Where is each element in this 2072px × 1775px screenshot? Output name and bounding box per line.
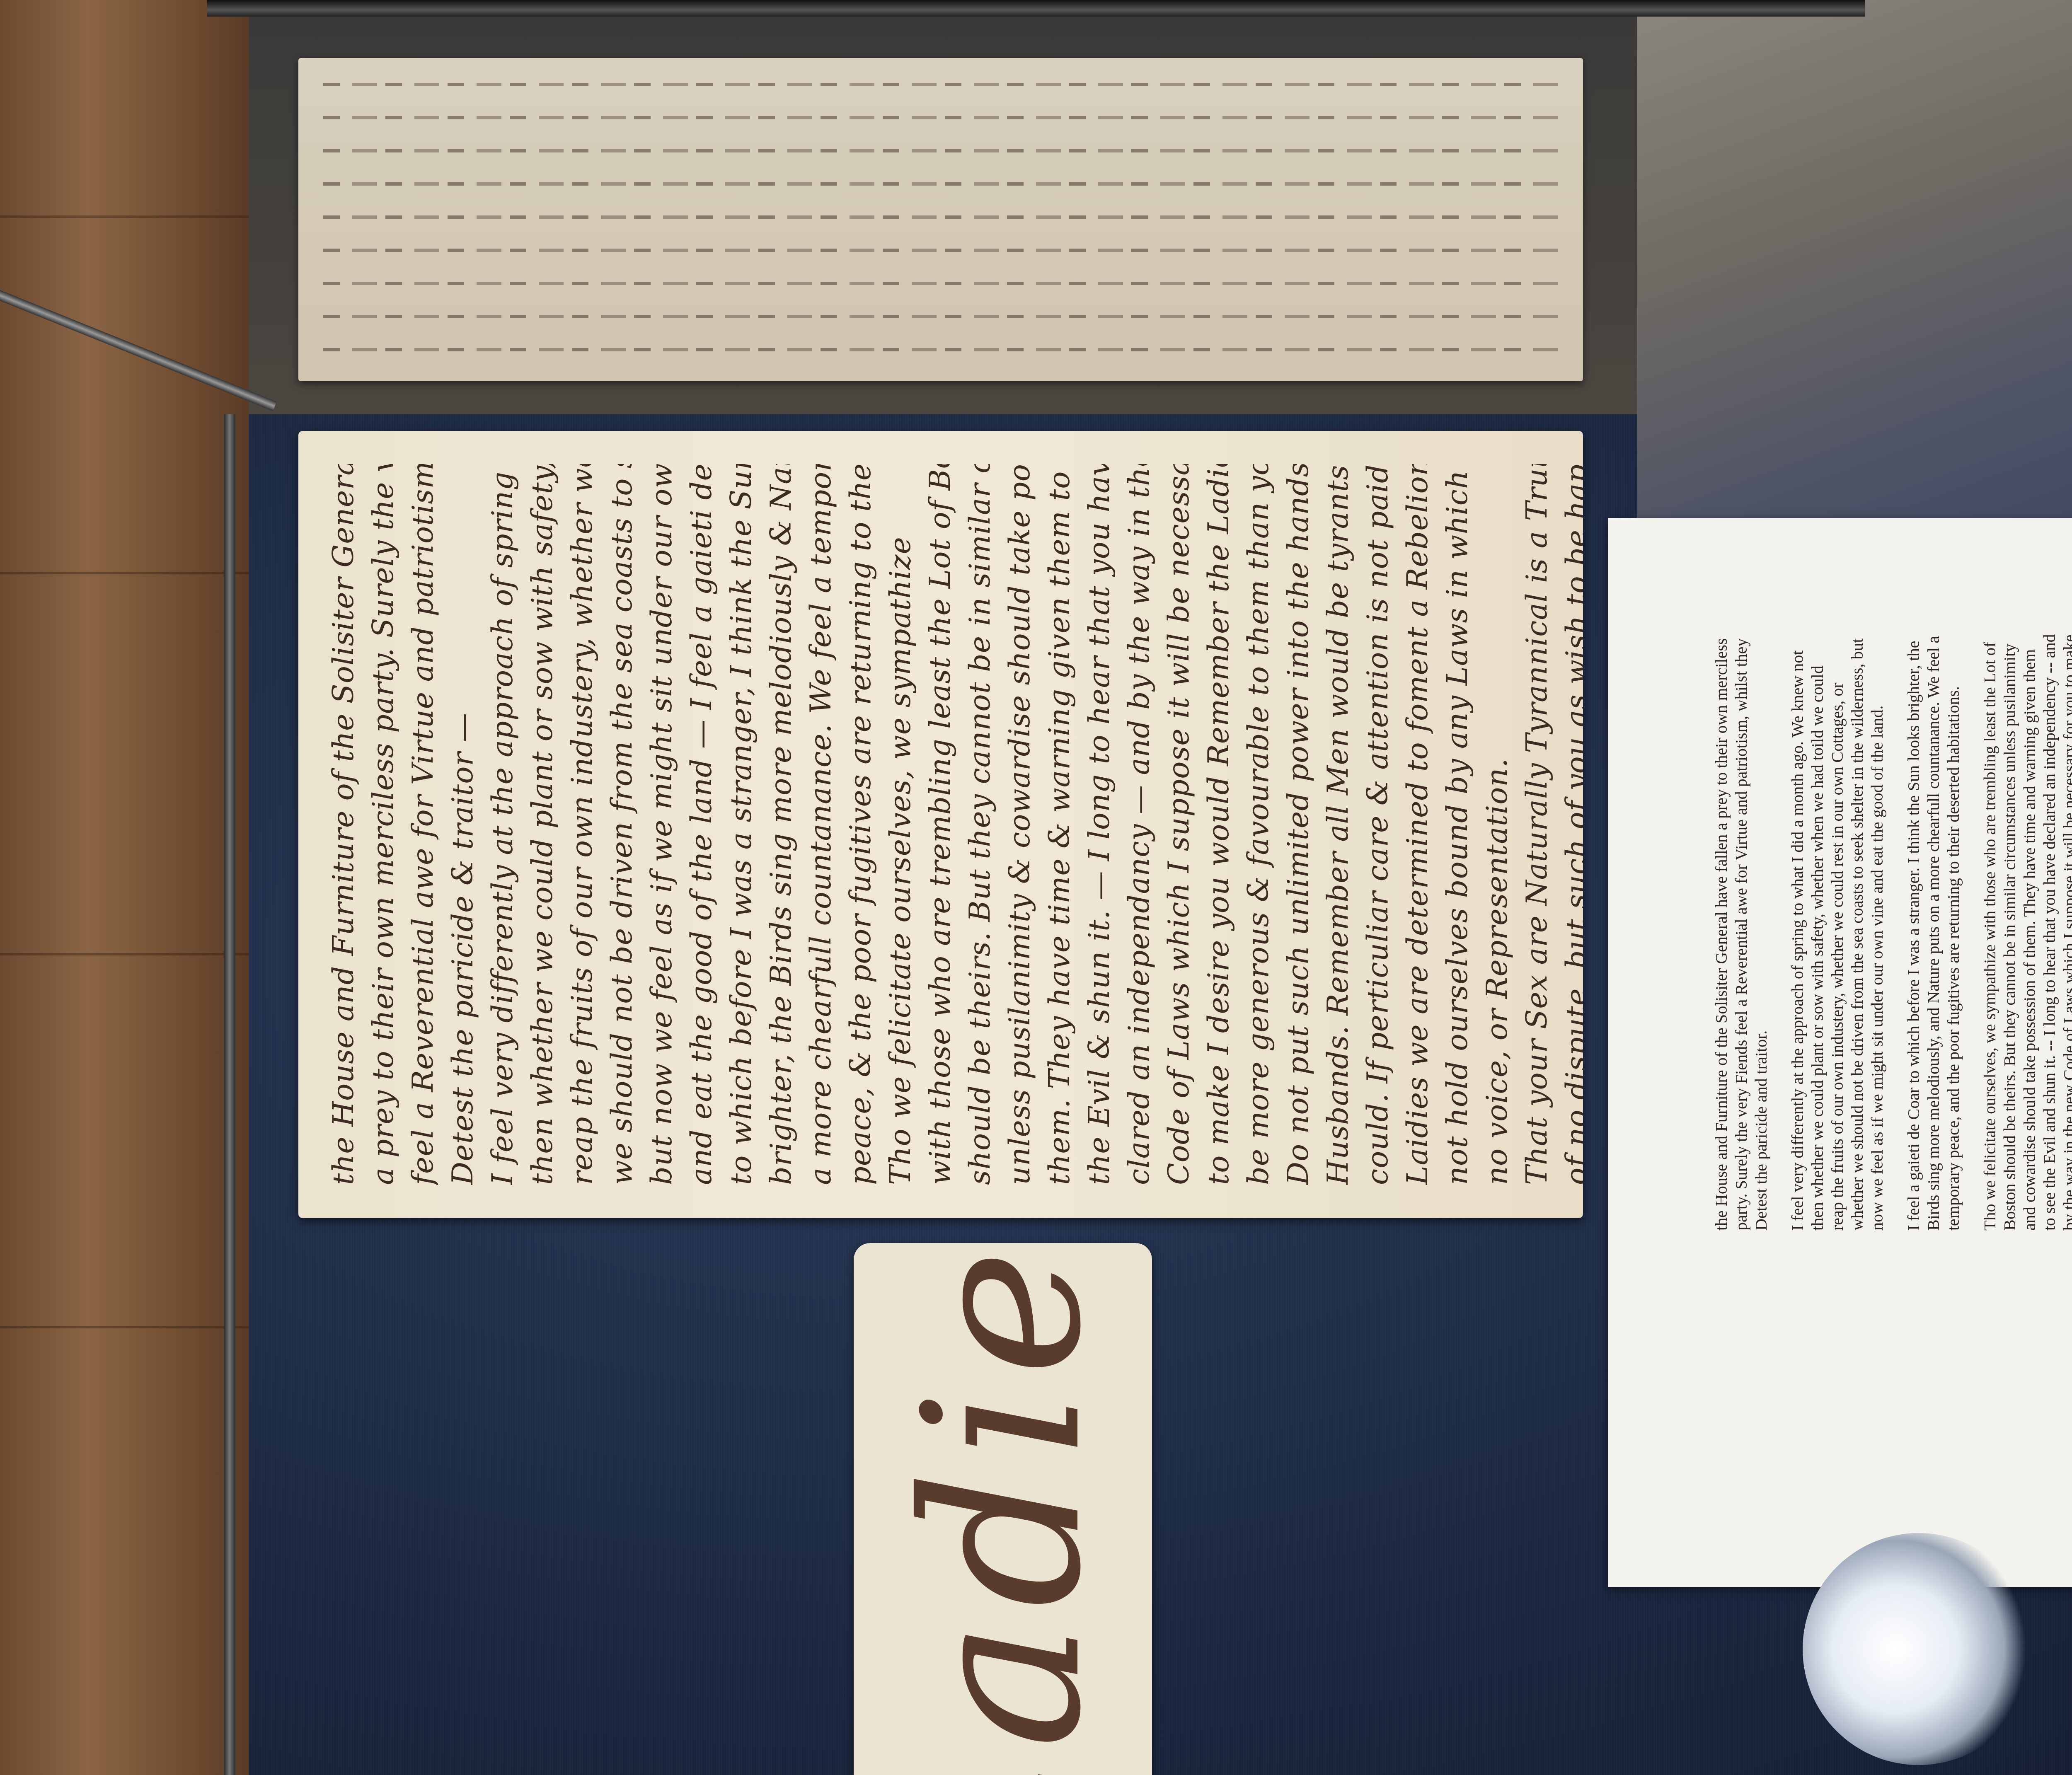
letter-line: to make I desire you would Remember the … [1198, 464, 1238, 1185]
letter-line: to which before I was a stranger, I thin… [721, 464, 761, 1185]
transcription-paragraph: Tho we felicitate ourselves, we sympathi… [1980, 634, 2072, 1231]
letter-line: no voice, or Representation. [1477, 464, 1517, 1185]
letter-line: feel a Reverential awe for Virtue and pa… [403, 464, 443, 1185]
letter-line: should be theirs. But they cannot be in … [960, 464, 1000, 1185]
letter-line: with those who are trembling least the L… [920, 464, 960, 1185]
letter-line: a more chearfull countanance. We feel a … [801, 464, 840, 1185]
letter-line: a prey to their own merciless party. Sur… [363, 464, 403, 1185]
letter-line: Code of Laws which I suppose it will be … [1159, 464, 1198, 1185]
letter-line: be more generous & favourable to them th… [1238, 464, 1278, 1185]
glass-case-frame-edge [224, 414, 235, 1775]
handwriting-line [323, 83, 1558, 86]
handwritten-letter: the House and Furniture of the Solisiter… [298, 431, 1583, 1218]
letter-line: Husbands. Remember all Men would be tyra… [1318, 464, 1358, 1185]
letter-text-block: the House and Furniture of the Solisiter… [298, 431, 1583, 1218]
letter-line: peace, & the poor fugitives are returnin… [840, 464, 880, 1185]
handwriting-line [323, 282, 1558, 285]
letter-line: but now we feel as if we might sit under… [641, 464, 681, 1185]
wooden-cabinet-side [0, 0, 249, 1775]
light-glare-reflection [1803, 1533, 2035, 1765]
handwriting-line [323, 315, 1558, 318]
letter-line: unless pusilanimity & cowardise should t… [1000, 464, 1039, 1185]
letter-line: the House and Furniture of the Solisiter… [323, 464, 363, 1185]
letter-line: and eat the good of the land — I feel a … [681, 464, 721, 1185]
enlarged-ladies-fragment: Ladies [854, 1243, 1152, 1775]
handwriting-line [323, 116, 1558, 119]
transcription-paragraph: the House and Furniture of the Solisiter… [1711, 634, 1771, 1231]
handwriting-line [323, 215, 1558, 219]
handwriting-line [323, 348, 1558, 351]
upper-manuscript-page [298, 58, 1583, 381]
glass-case-frame-top [207, 0, 1865, 17]
letter-line: of no dispute, but such of you as wish t… [1556, 464, 1583, 1185]
wood-plank-seam [0, 953, 249, 955]
letter-line: then whether we could plant or sow with … [522, 464, 562, 1185]
letter-line: brighter, the Birds sing more melodiousl… [761, 464, 801, 1185]
letter-line: Do not put such unlimited power into the… [1278, 464, 1318, 1185]
wood-plank-seam [0, 572, 249, 574]
letter-line: clared an independancy — and by the way … [1119, 464, 1159, 1185]
letter-line: Laidies we are determined to foment a Re… [1397, 464, 1437, 1185]
letter-line: the Evil & shun it. — I long to hear tha… [1079, 464, 1119, 1185]
transcription-text-block: the House and Furniture of the Solisiter… [1608, 518, 2072, 1587]
transcription-paragraph: I feel a gaieti de Coar to which before … [1904, 634, 1963, 1231]
letter-line: them. They have time & warning given the… [1039, 464, 1079, 1185]
letter-line: reap the fruits of our own industery, wh… [562, 464, 602, 1185]
letter-line: Tho we felicitate ourselves, we sympathi… [880, 464, 920, 1185]
handwriting-line [323, 149, 1558, 152]
letter-line: could. If perticuliar care & attention i… [1358, 464, 1397, 1185]
handwriting-line [323, 249, 1558, 252]
wood-plank-seam [0, 1326, 249, 1328]
letter-line: I feel very differently at the approach … [482, 464, 522, 1185]
letter-line: That your Sex are Naturally Tyrannical i… [1517, 464, 1556, 1185]
handwriting-line [323, 182, 1558, 186]
transcription-paragraph: I feel very differently at the approach … [1788, 634, 1887, 1231]
letter-line: Detest the paricide & traitor — [443, 464, 482, 1185]
letter-line: we should not be driven from the sea coa… [602, 464, 641, 1185]
ladies-word: Ladies [854, 1243, 1152, 1775]
letter-line: not hold ourselves bound by any Laws in … [1437, 464, 1477, 1185]
wood-plank-seam [0, 215, 249, 218]
glass-reflection [1637, 0, 2072, 539]
transcription-card: the House and Furniture of the Solisiter… [1608, 518, 2072, 1587]
